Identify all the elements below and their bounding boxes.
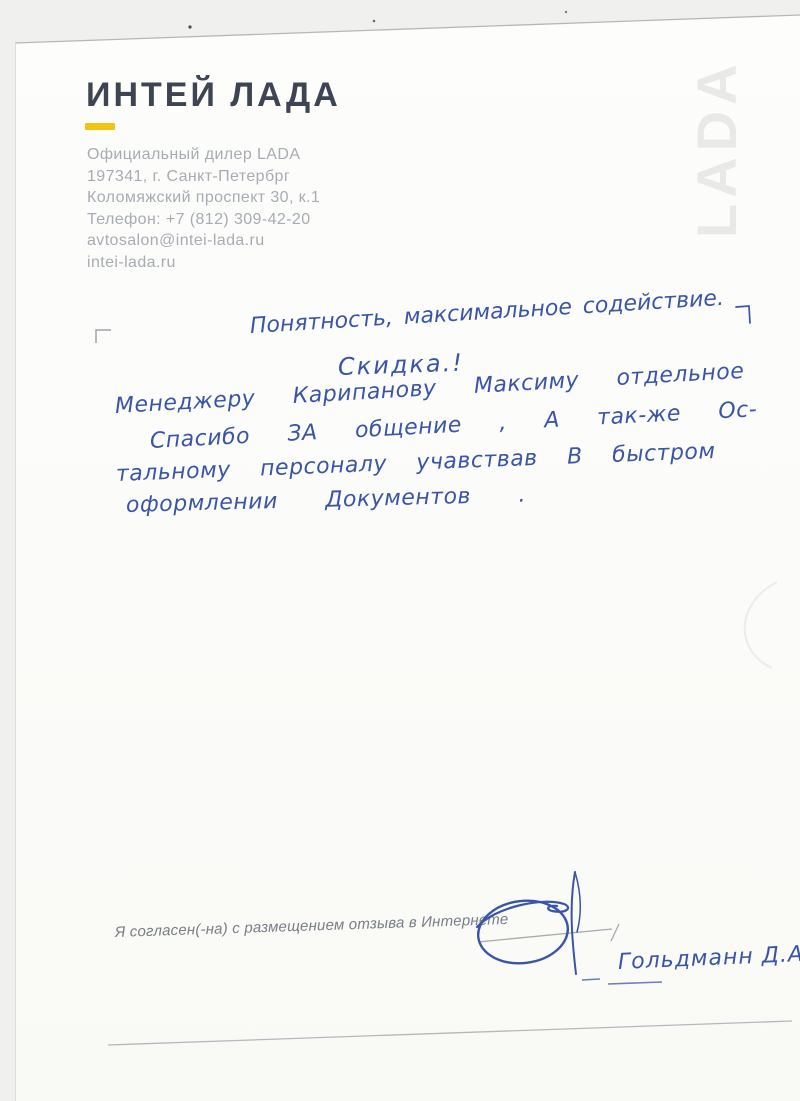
contact-block: Официальный дилер LADA 197341, г. Санкт-… [87, 144, 320, 274]
contact-line-zip: 197341, г. Санкт-Петербрг [87, 166, 320, 188]
scan-speck [188, 25, 191, 28]
contact-line-email: avtosalon@intei-lada.ru [87, 230, 320, 252]
scan-speck [565, 11, 567, 13]
company-name: ИНТЕЙ ЛАДА [86, 76, 341, 115]
brand-accent-dash [85, 123, 115, 130]
lada-watermark: LADA [684, 58, 749, 238]
contact-line-street: Коломяжский проспект 30, к.1 [87, 187, 320, 209]
contact-line-phone: Телефон: +7 (812) 309-42-20 [87, 209, 320, 231]
contact-line-dealer: Официальный дилер LADA [87, 144, 320, 166]
scanned-review-letter: { "letterhead": { "company_name": "ИНТЕЙ… [0, 0, 800, 1101]
contact-line-website: intei-lada.ru [87, 252, 320, 274]
scan-speck [373, 20, 376, 23]
